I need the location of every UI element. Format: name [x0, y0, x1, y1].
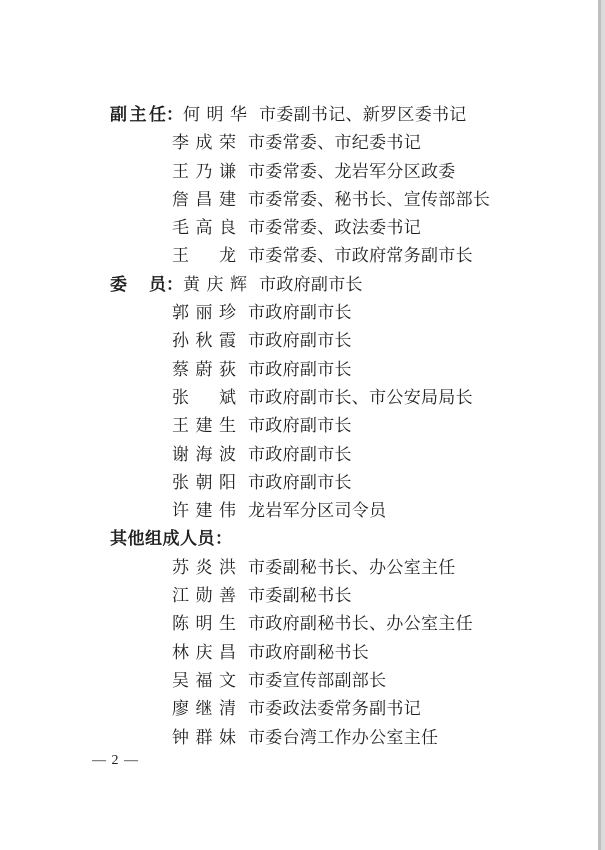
member-name: 毛高良: [172, 214, 236, 242]
member-name-slot: 詹昌建: [172, 186, 248, 214]
member-name-slot: 何明华: [183, 101, 259, 129]
member-name-slot: 王建生: [172, 412, 248, 440]
section-label: 副主任: [110, 101, 166, 129]
member-title: 市委常委、市政府常务副市长: [248, 242, 473, 270]
member-row: 林庆昌 市政府副秘书长: [0, 639, 605, 667]
member-name-slot: 蔡蔚荻: [172, 356, 248, 384]
member-name: 钟群妹: [172, 724, 236, 752]
member-title: 市委副秘书长: [248, 582, 352, 610]
member-row: 副主任： 何明华 市委副书记、新罗区委书记: [0, 101, 605, 129]
member-title: 市政府副秘书长: [248, 639, 369, 667]
member-row: 王 龙 市委常委、市政府常务副市长: [0, 242, 605, 270]
member-title: 市政府副市长: [248, 469, 352, 497]
member-title: 市政府副市长: [248, 299, 352, 327]
member-name: 孙秋霞: [172, 327, 236, 355]
member-row: 毛高良 市委常委、政法委书记: [0, 214, 605, 242]
member-name: 李成荣: [172, 129, 236, 157]
document-content: 副主任： 何明华 市委副书记、新罗区委书记 李成荣 市委常委、市纪委书记 王乃谦…: [0, 101, 605, 752]
member-name: 王 龙: [172, 242, 236, 270]
member-name: 谢海波: [172, 441, 236, 469]
member-name: 张 斌: [172, 384, 236, 412]
member-title: 市委副书记、新罗区委书记: [259, 101, 467, 129]
member-name-slot: 王 龙: [172, 242, 248, 270]
member-name-slot: 钟群妹: [172, 724, 248, 752]
member-title: 市政府副市长、市公安局局长: [248, 384, 473, 412]
member-title: 市委常委、政法委书记: [248, 214, 421, 242]
member-title: 龙岩军分区司令员: [248, 497, 386, 525]
member-name: 吴福文: [172, 667, 236, 695]
member-row: 钟群妹 市委台湾工作办公室主任: [0, 724, 605, 752]
member-title: 市委台湾工作办公室主任: [248, 724, 438, 752]
member-title: 市委副秘书长、办公室主任: [248, 554, 456, 582]
member-name: 江勋善: [172, 582, 236, 610]
member-name-slot: 谢海波: [172, 441, 248, 469]
member-name-slot: 李成荣: [172, 129, 248, 157]
label-colon: ：: [166, 105, 183, 124]
page-number: — 2 —: [92, 753, 139, 769]
document-page: 副主任： 何明华 市委副书记、新罗区委书记 李成荣 市委常委、市纪委书记 王乃谦…: [0, 0, 605, 850]
member-name-slot: 张朝阳: [172, 469, 248, 497]
section-label-slot: 委 员：: [110, 271, 183, 299]
member-row: 詹昌建 市委常委、秘书长、宣传部部长: [0, 186, 605, 214]
member-name: 何明华: [183, 101, 247, 129]
member-name-slot: 林庆昌: [172, 639, 248, 667]
member-name-slot: 吴福文: [172, 667, 248, 695]
member-name-slot: 孙秋霞: [172, 327, 248, 355]
section-label: 委 员: [110, 271, 166, 299]
section-label: 其他组成人员: [110, 525, 215, 553]
member-title: 市政府副市长: [248, 441, 352, 469]
label-colon: ：: [166, 275, 183, 294]
member-name-slot: 王乃谦: [172, 158, 248, 186]
member-row: 谢海波 市政府副市长: [0, 441, 605, 469]
member-row: 许建伟 龙岩军分区司令员: [0, 497, 605, 525]
member-row: 李成荣 市委常委、市纪委书记: [0, 129, 605, 157]
member-title: 市政府副市长: [248, 356, 352, 384]
section-label-row: 其他组成人员：: [0, 525, 605, 553]
member-title: 市政府副市长: [259, 271, 363, 299]
member-title: 市委宣传部副部长: [248, 667, 386, 695]
member-name-slot: 苏炎洪: [172, 554, 248, 582]
member-name: 陈明生: [172, 610, 236, 638]
member-row: 孙秋霞 市政府副市长: [0, 327, 605, 355]
member-name: 詹昌建: [172, 186, 236, 214]
member-row: 江勋善 市委副秘书长: [0, 582, 605, 610]
member-name: 林庆昌: [172, 639, 236, 667]
member-title: 市政府副秘书长、办公室主任: [248, 610, 473, 638]
member-name: 郭丽珍: [172, 299, 236, 327]
member-row: 吴福文 市委宣传部副部长: [0, 667, 605, 695]
member-name: 蔡蔚荻: [172, 356, 236, 384]
section-label-slot: 副主任：: [110, 101, 183, 129]
scan-edge-strip: [601, 0, 605, 850]
member-row: 苏炎洪 市委副秘书长、办公室主任: [0, 554, 605, 582]
member-name-slot: 许建伟: [172, 497, 248, 525]
member-row: 陈明生 市政府副秘书长、办公室主任: [0, 610, 605, 638]
member-row: 蔡蔚荻 市政府副市长: [0, 356, 605, 384]
member-name: 王乃谦: [172, 158, 236, 186]
member-title: 市委政法委常务副书记: [248, 695, 421, 723]
member-name-slot: 陈明生: [172, 610, 248, 638]
member-row: 王乃谦 市委常委、龙岩军分区政委: [0, 158, 605, 186]
member-row: 张朝阳 市政府副市长: [0, 469, 605, 497]
member-name: 苏炎洪: [172, 554, 236, 582]
member-title: 市政府副市长: [248, 412, 352, 440]
member-row: 委 员： 黄庆辉 市政府副市长: [0, 271, 605, 299]
member-name: 张朝阳: [172, 469, 236, 497]
member-name-slot: 黄庆辉: [183, 271, 259, 299]
member-title: 市委常委、市纪委书记: [248, 129, 421, 157]
member-name: 廖继清: [172, 695, 236, 723]
member-row: 王建生 市政府副市长: [0, 412, 605, 440]
member-name: 王建生: [172, 412, 236, 440]
member-name: 许建伟: [172, 497, 236, 525]
member-title: 市政府副市长: [248, 327, 352, 355]
label-colon: ：: [215, 525, 232, 553]
member-name-slot: 张 斌: [172, 384, 248, 412]
member-name-slot: 廖继清: [172, 695, 248, 723]
member-title: 市委常委、秘书长、宣传部部长: [248, 186, 490, 214]
member-name-slot: 郭丽珍: [172, 299, 248, 327]
member-name-slot: 毛高良: [172, 214, 248, 242]
member-row: 廖继清 市委政法委常务副书记: [0, 695, 605, 723]
member-row: 郭丽珍 市政府副市长: [0, 299, 605, 327]
member-row: 张 斌 市政府副市长、市公安局局长: [0, 384, 605, 412]
member-name-slot: 江勋善: [172, 582, 248, 610]
member-name: 黄庆辉: [183, 271, 247, 299]
member-title: 市委常委、龙岩军分区政委: [248, 158, 456, 186]
